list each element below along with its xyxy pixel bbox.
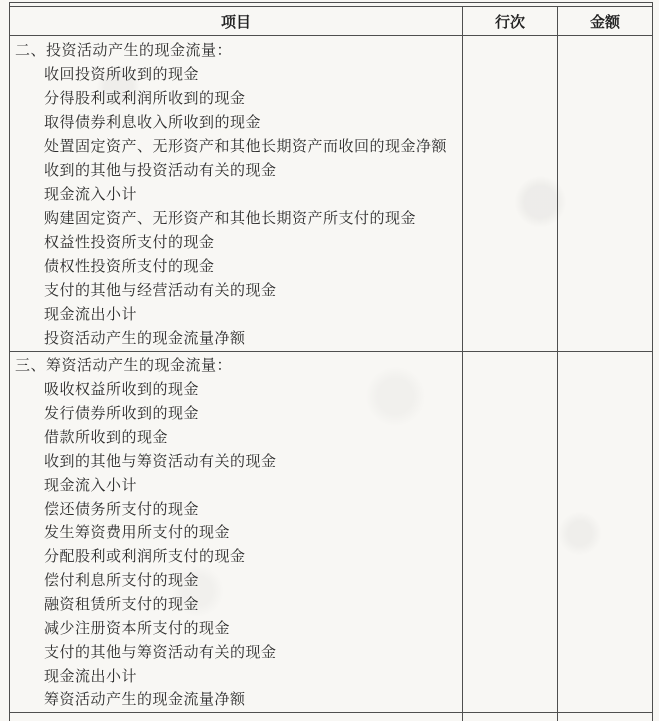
line-no-column [462,352,557,712]
row-label: 收到的其他与筹资活动有关的现金 [44,450,277,471]
row-label: 取得债券利息收入所收到的现金 [44,111,261,132]
table-row: 吸收权益所收到的现金 [10,377,462,401]
scanned-page: 项目 行次 金额 二、投资活动产生的现金流量： 收回投资所收到的现金 分得股利或… [0,0,659,721]
row-label: 筹资活动产生的现金流量净额 [44,688,246,709]
row-label: 收回投资所收到的现金 [44,63,199,84]
row-label: 权益性投资所支付的现金 [44,231,215,252]
table-row: 筹资活动产生的现金流量净额 [10,687,462,711]
table-row: 发生筹资费用所支付的现金 [10,520,462,544]
table-row: 收到的其他与投资活动有关的现金 [10,157,462,181]
line-no-column [462,36,557,351]
amount-column [557,36,652,351]
table-row: 二、投资活动产生的现金流量： [10,37,462,61]
row-label: 发行债券所收到的现金 [44,402,199,423]
row-label: 分得股利或利润所收到的现金 [44,87,246,108]
line-no-column-stub [462,713,557,721]
cash-flow-table: 项目 行次 金额 二、投资活动产生的现金流量： 收回投资所收到的现金 分得股利或… [9,2,653,721]
row-label: 现金流出小计 [44,665,137,686]
table-row: 分配股利或利润所支付的现金 [10,544,462,568]
header-cell-item: 项目 [10,7,462,35]
row-label: 偿还债务所支付的现金 [44,498,199,519]
header-cell-line-no: 行次 [462,7,557,35]
table-header-row: 项目 行次 金额 [10,7,652,36]
table-row: 购建固定资产、无形资产和其他长期资产所支付的现金 [10,206,462,230]
table-row: 支付的其他与经营活动有关的现金 [10,278,462,302]
table-row: 收回投资所收到的现金 [10,61,462,85]
table-row: 发行债券所收到的现金 [10,401,462,425]
table-row: 现金流入小计 [10,181,462,205]
table-row: 处置固定资产、无形资产和其他长期资产而收回的现金净额 [10,133,462,157]
row-label: 融资租赁所支付的现金 [44,593,199,614]
row-label: 偿付利息所支付的现金 [44,569,199,590]
items-column: 三、筹资活动产生的现金流量： 吸收权益所收到的现金 发行债券所收到的现金 借款所… [10,352,462,712]
amount-column-stub [557,713,652,721]
row-label: 减少注册资本所支付的现金 [44,617,230,638]
table-row: 现金流出小计 [10,663,462,687]
table-row: 取得债券利息收入所收到的现金 [10,109,462,133]
items-column-stub [10,713,462,721]
table-row: 偿付利息所支付的现金 [10,568,462,592]
row-label: 借款所收到的现金 [44,426,168,447]
table-row: 减少注册资本所支付的现金 [10,615,462,639]
row-label: 收到的其他与投资活动有关的现金 [44,159,277,180]
table-row: 现金流出小计 [10,302,462,326]
header-label-amount: 金额 [590,11,620,32]
row-label: 三、筹资活动产生的现金流量： [15,354,232,375]
table-row: 权益性投资所支付的现金 [10,230,462,254]
row-label: 处置固定资产、无形资产和其他长期资产而收回的现金净额 [44,135,447,156]
table-row: 现金流入小计 [10,472,462,496]
row-label: 支付的其他与经营活动有关的现金 [44,279,277,300]
table-row: 分得股利或利润所收到的现金 [10,85,462,109]
row-label: 吸收权益所收到的现金 [44,378,199,399]
row-label: 分配股利或利润所支付的现金 [44,545,246,566]
table-row: 借款所收到的现金 [10,425,462,449]
table-section: 三、筹资活动产生的现金流量： 吸收权益所收到的现金 发行债券所收到的现金 借款所… [10,352,652,713]
table-row: 债权性投资所支付的现金 [10,254,462,278]
table-row: 支付的其他与筹资活动有关的现金 [10,639,462,663]
row-label: 投资活动产生的现金流量净额 [44,327,246,348]
header-cell-amount: 金额 [557,7,652,35]
table-section: 二、投资活动产生的现金流量： 收回投资所收到的现金 分得股利或利润所收到的现金 … [10,36,652,352]
header-label-line-no: 行次 [495,11,525,32]
row-label: 现金流入小计 [44,474,137,495]
table-row: 投资活动产生的现金流量净额 [10,326,462,350]
row-label: 购建固定资产、无形资产和其他长期资产所支付的现金 [44,207,416,228]
header-label-item: 项目 [221,11,251,32]
table-row: 收到的其他与筹资活动有关的现金 [10,448,462,472]
table-row: 偿还债务所支付的现金 [10,496,462,520]
row-label: 现金流出小计 [44,303,137,324]
row-label: 现金流入小计 [44,183,137,204]
table-row: 融资租赁所支付的现金 [10,592,462,616]
row-label: 二、投资活动产生的现金流量： [15,39,232,60]
row-label: 债权性投资所支付的现金 [44,255,215,276]
table-body: 二、投资活动产生的现金流量： 收回投资所收到的现金 分得股利或利润所收到的现金 … [10,36,652,713]
amount-column [557,352,652,712]
row-label: 发生筹资费用所支付的现金 [44,521,230,542]
row-label: 支付的其他与筹资活动有关的现金 [44,641,277,662]
items-column: 二、投资活动产生的现金流量： 收回投资所收到的现金 分得股利或利润所收到的现金 … [10,36,462,351]
next-section-stub [10,713,652,721]
table-row: 三、筹资活动产生的现金流量： [10,353,462,377]
